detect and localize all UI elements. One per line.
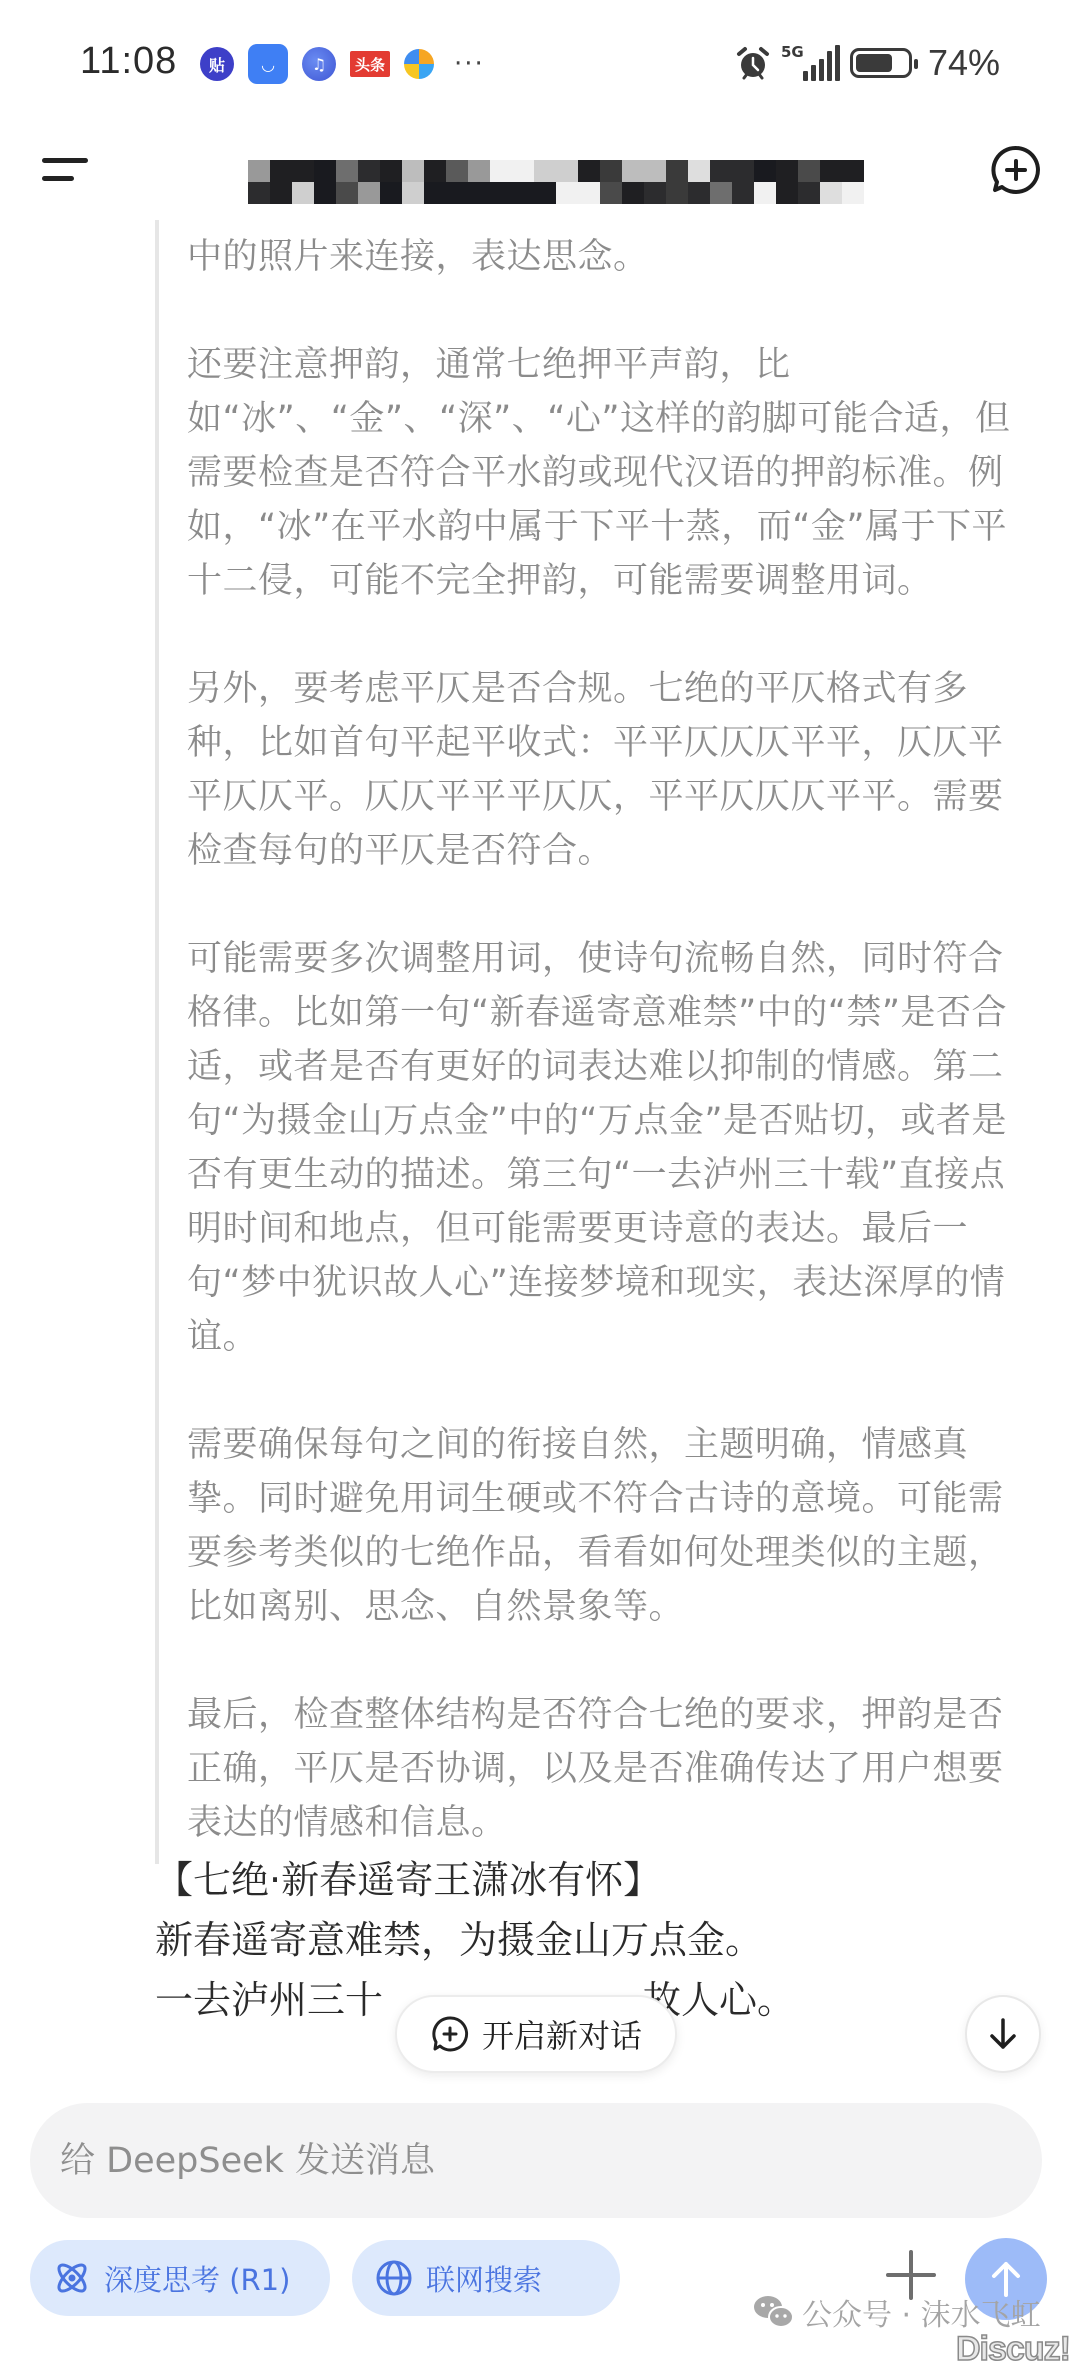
reasoning-paragraph: 另外，要考虑平仄是否合规。七绝的平仄格式有多种，比如首句平起平收式：平平仄仄仄平… — [187, 662, 1025, 878]
conversation-title-obscured — [248, 160, 864, 204]
battery-icon — [850, 48, 912, 78]
music-app-icon: ♫ — [302, 47, 336, 81]
poem-title: 【七绝·新春遥寄王潇冰有怀】 — [155, 1850, 1055, 1910]
hamburger-icon — [42, 158, 88, 163]
new-chat-icon[interactable] — [988, 142, 1044, 198]
attach-plus-icon[interactable] — [882, 2246, 940, 2304]
pinwheel-app-icon — [404, 49, 434, 79]
composer-toolbar: 深度思考 (R1) 联网搜索 — [30, 2240, 1050, 2320]
menu-button[interactable] — [38, 148, 94, 192]
globe-icon — [374, 2258, 414, 2298]
status-time: 11:08 — [80, 40, 177, 83]
reasoning-paragraph: 最后，检查整体结构是否符合七绝的要求，押韵是否正确，平仄是否协调，以及是否准确传… — [187, 1688, 1025, 1850]
deep-think-label: 深度思考 (R1) — [104, 2258, 290, 2299]
toutiao-app-icon: 头条 — [350, 51, 390, 77]
status-bar: 11:08 贴 ◡ ♫ 头条 ··· 5G 74% — [0, 0, 1080, 120]
app-store-icon: ◡ — [248, 44, 288, 84]
message-input[interactable] — [60, 2141, 1042, 2181]
poem-line: 新春遥寄意难禁，为摄金山万点金。 — [155, 1910, 1055, 1970]
cellular-signal-icon: 5G — [781, 45, 840, 81]
reasoning-paragraph: 可能需要多次调整用词，使诗句流畅自然，同时符合格律。比如第一句“新春遥寄意难禁”… — [187, 932, 1025, 1364]
tieba-app-icon: 贴 — [200, 47, 234, 81]
alarm-icon — [735, 45, 771, 81]
new-chat-label: 开启新对话 — [482, 2011, 642, 2057]
deep-think-toggle[interactable]: 深度思考 (R1) — [30, 2240, 330, 2316]
poem-line-fragment: 一去泸州三十 — [155, 1978, 383, 2022]
send-button[interactable] — [965, 2238, 1047, 2320]
new-chat-button[interactable]: 开启新对话 — [395, 1995, 677, 2073]
system-indicators: 5G 74% — [735, 42, 1000, 84]
notification-icons: 贴 ◡ ♫ 头条 ··· — [200, 44, 485, 84]
more-notifications-icon: ··· — [454, 49, 485, 79]
web-search-toggle[interactable]: 联网搜索 — [352, 2240, 620, 2316]
battery-percent: 74% — [928, 42, 1000, 84]
reasoning-block: 中的照片来连接，表达思念。 还要注意押韵，通常七绝押平声韵，比如“冰”、“金”、… — [155, 220, 1025, 1864]
message-composer[interactable] — [30, 2103, 1042, 2218]
network-type: 5G — [781, 43, 804, 61]
site-watermark: Discuz! — [956, 2330, 1070, 2369]
reasoning-paragraph: 还要注意押韵，通常七绝押平声韵，比如“冰”、“金”、“深”、“心”这样的韵脚可能… — [187, 338, 1025, 608]
arrow-down-icon — [983, 2014, 1023, 2054]
reasoning-paragraph: 中的照片来连接，表达思念。 — [187, 230, 1025, 284]
scroll-to-bottom-button[interactable] — [965, 1995, 1041, 2073]
reasoning-paragraph: 需要确保每句之间的衔接自然，主题明确，情感真挚。同时避免用词生硬或不符合古诗的意… — [187, 1418, 1025, 1634]
web-search-label: 联网搜索 — [426, 2258, 542, 2299]
app-header — [0, 120, 1080, 220]
arrow-up-icon — [984, 2257, 1028, 2301]
chat-plus-icon — [430, 2014, 470, 2054]
atom-icon — [52, 2258, 92, 2298]
